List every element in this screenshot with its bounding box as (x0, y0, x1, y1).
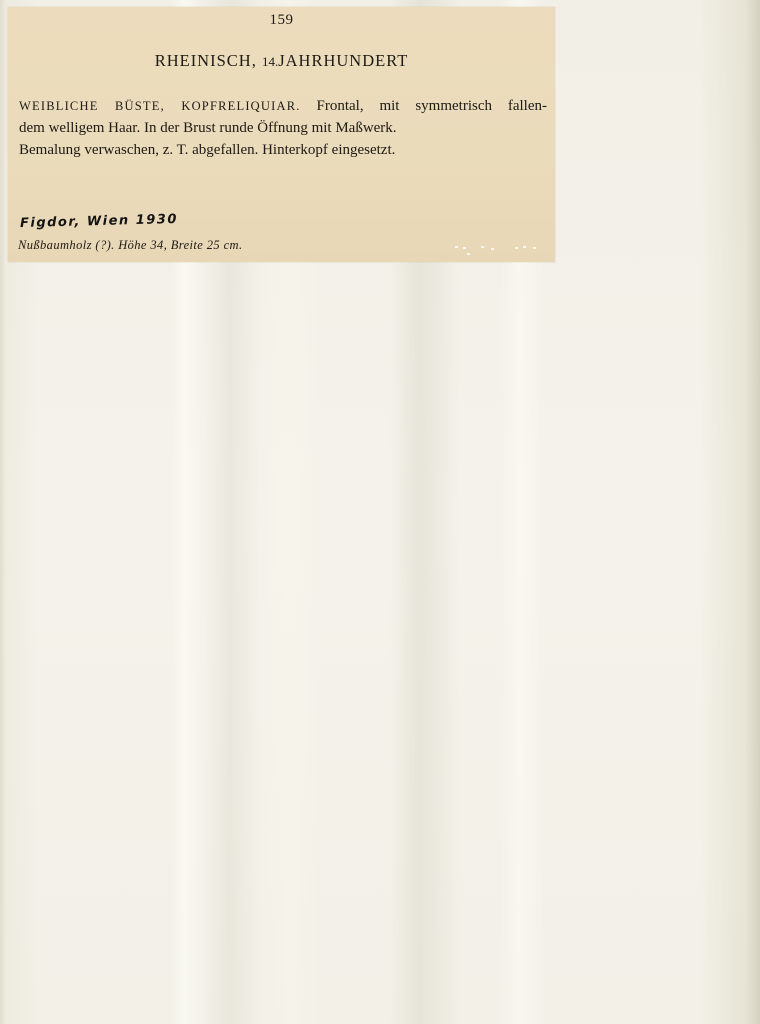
heading-region: RHEINISCH, (155, 51, 257, 70)
heading-century-number: 14. (262, 54, 278, 69)
catalog-heading: RHEINISCH, 14.JAHRHUNDERT (8, 51, 555, 71)
scanned-page: 159 RHEINISCH, 14.JAHRHUNDERT WEIBLICHE … (0, 0, 760, 1024)
page-number: 159 (8, 12, 555, 29)
catalog-label: 159 RHEINISCH, 14.JAHRHUNDERT WEIBLICHE … (8, 7, 555, 262)
object-description: WEIBLICHE BÜSTE, KOPFRELIQUIAR. Frontal,… (19, 95, 547, 161)
paper-damage-specks (453, 244, 543, 258)
description-line-2: dem welligem Haar. In der Brust runde Öf… (19, 117, 547, 139)
description-line-1: WEIBLICHE BÜSTE, KOPFRELIQUIAR. Frontal,… (19, 95, 547, 117)
description-line-3: Bemalung verwaschen, z. T. abgefallen. H… (19, 139, 547, 161)
description-line-1-text: Frontal, mit symmetrisch fallen- (316, 98, 547, 114)
material-dimensions: Nußbaumholz (?). Höhe 34, Breite 25 cm. (18, 238, 242, 253)
heading-century-word: JAHRHUNDERT (278, 51, 408, 70)
handwritten-provenance-note: Figdor, Wien 1930 (20, 212, 178, 231)
object-title: WEIBLICHE BÜSTE, KOPFRELIQUIAR. (19, 99, 301, 113)
